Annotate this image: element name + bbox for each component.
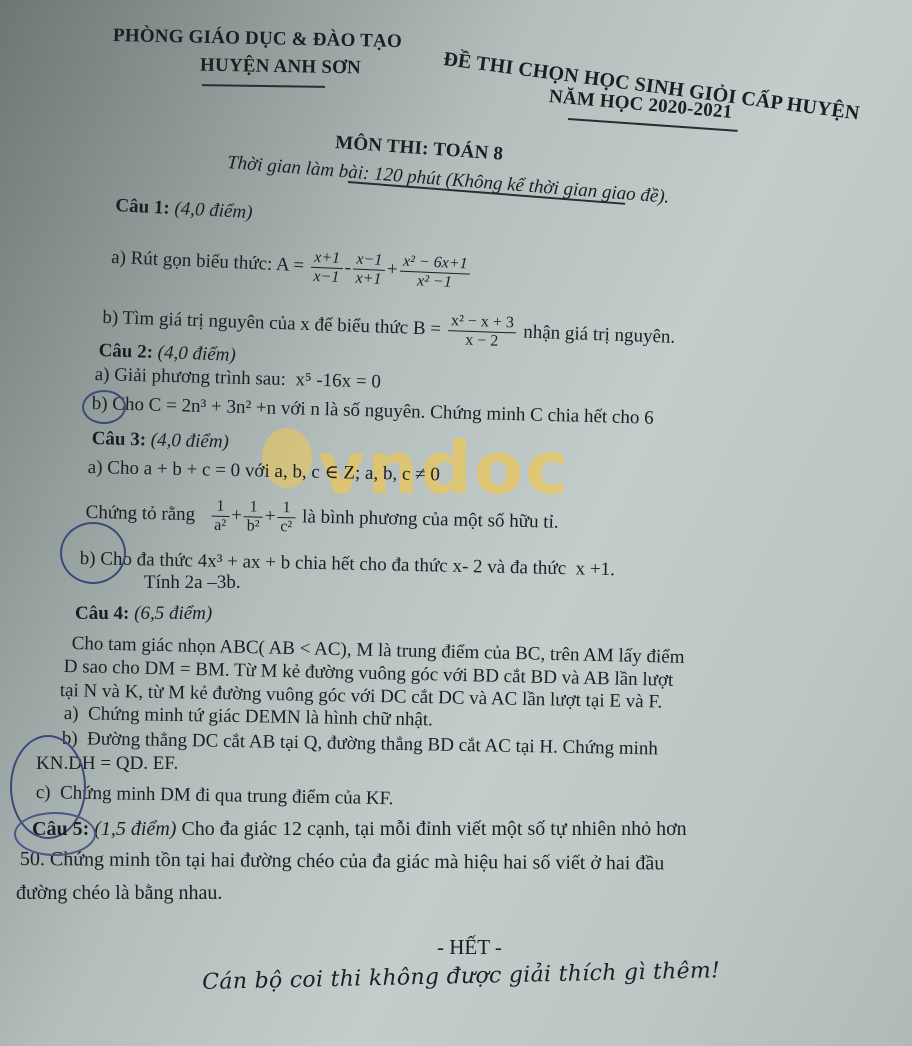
expr-C: C = 2n³ + 3n² +n [148,394,276,418]
question-4c: c) Chứng minh DM đi qua trung điểm của K… [36,782,394,810]
question-5-body-line2: 50. Chứng minh tồn tại hai đường chéo củ… [20,848,665,875]
district-name: HUYỆN ANH SƠN [200,55,361,80]
question-1a-label: a) Rút gọn biểu thức: [111,247,273,275]
question-4a-label: a) [64,703,79,724]
pen-circle-5 [14,812,96,856]
question-1a: a) Rút gọn biểu thức: A = x+1x−1-x−1x+1+… [110,240,473,293]
expr-condition: a, b, c ∈ Z; a, b, c ≠ 0 [274,461,440,485]
question-1b-suffix: nhận giá trị nguyên. [523,322,676,348]
fraction-2: x−1x+1 [352,251,385,289]
question-4c-text: Chứng minh DM đi qua trung điểm của KF. [60,782,394,809]
question-3-points: (4,0 điểm) [151,430,230,453]
question-1-points: (4,0 điểm) [174,198,253,223]
fraction-1: x+1x−1 [310,249,343,287]
fraction-inv-c2: 1c² [277,499,296,536]
question-5-body-line1: Cho đa giác 12 cạnh, tại mỗi đỉnh viết m… [181,818,686,840]
operator-plus: + [386,259,398,280]
invigilator-note: Cán bộ coi thi không được giải thích gì … [202,958,720,995]
question-3a-mid: với [245,460,270,482]
exam-paper: PHÒNG GIÁO DỤC & ĐÀO TẠO HUYỆN ANH SƠN Đ… [0,0,912,1046]
question-5-line1: Câu 5: (1,5 điểm) Cho đa giác 12 cạnh, t… [32,818,687,841]
claim-suffix: là bình phương của một số hữu tỉ. [302,506,559,532]
question-2b-suffix: với n là số nguyên. Chứng minh C chia hế… [281,398,654,429]
end-marker: - HẾT - [437,935,502,960]
expr-polynomial: 4x³ + ax + b [197,550,290,573]
question-4-points: (6,5 điểm) [134,603,212,624]
subject-title: MÔN THI: TOÁN 8 [334,132,503,166]
expr-A-prefix: A = [276,254,305,276]
question-2-heading: Câu 2: (4,0 điểm) [98,340,236,367]
pen-circle-3b [60,522,126,584]
question-3b-suffix: chia hết cho đa thức x- 2 và đa thức [295,553,567,580]
question-3b-task: Tính 2a –3b. [144,572,241,594]
pen-circle-2b [82,390,126,424]
expr-B-prefix: B = [413,318,442,340]
question-4-heading: Câu 4: (6,5 điểm) [75,603,212,625]
operator-minus: - [344,257,351,278]
fraction-B: x² − x + 3x − 2 [447,312,517,351]
department-name: PHÒNG GIÁO DỤC & ĐÀO TẠO [113,25,402,53]
question-3-title: Câu 3: [91,428,146,450]
question-1-heading: Câu 1: (4,0 điểm) [115,195,253,224]
question-3-heading: Câu 3: (4,0 điểm) [91,428,229,454]
fraction-inv-a2: 1a² [211,498,230,535]
question-2b: b) Cho C = 2n³ + 3n² +n với n là số nguy… [91,393,653,430]
question-2a-label: a) Giải phương trình sau: [94,364,286,390]
question-1-title: Câu 1: [115,195,170,219]
district-underline [202,84,325,87]
question-5-points: (1,5 điểm) [94,818,176,840]
question-2-points: (4,0 điểm) [157,342,236,366]
expr-divisor: x +1. [575,558,615,580]
claim-label: Chứng tỏ rằng [85,502,195,525]
question-4-title: Câu 4: [75,603,129,624]
question-5-body-line3: đường chéo là bằng nhau. [16,882,222,905]
question-3a-label: a) Cho [88,457,140,479]
fraction-3: x² − 6x+1x² −1 [399,253,471,293]
fraction-inv-b2: 1b² [244,498,264,535]
expr-sum: a + b + c = 0 [143,458,240,481]
expr-equation: x⁵ -16x = 0 [295,369,381,392]
question-2a: a) Giải phương trình sau: x⁵ -16x = 0 [94,364,381,393]
question-2-title: Câu 2: [98,340,153,363]
question-1b-label: b) Tìm giá trị nguyên của x để biểu thức [102,307,408,339]
